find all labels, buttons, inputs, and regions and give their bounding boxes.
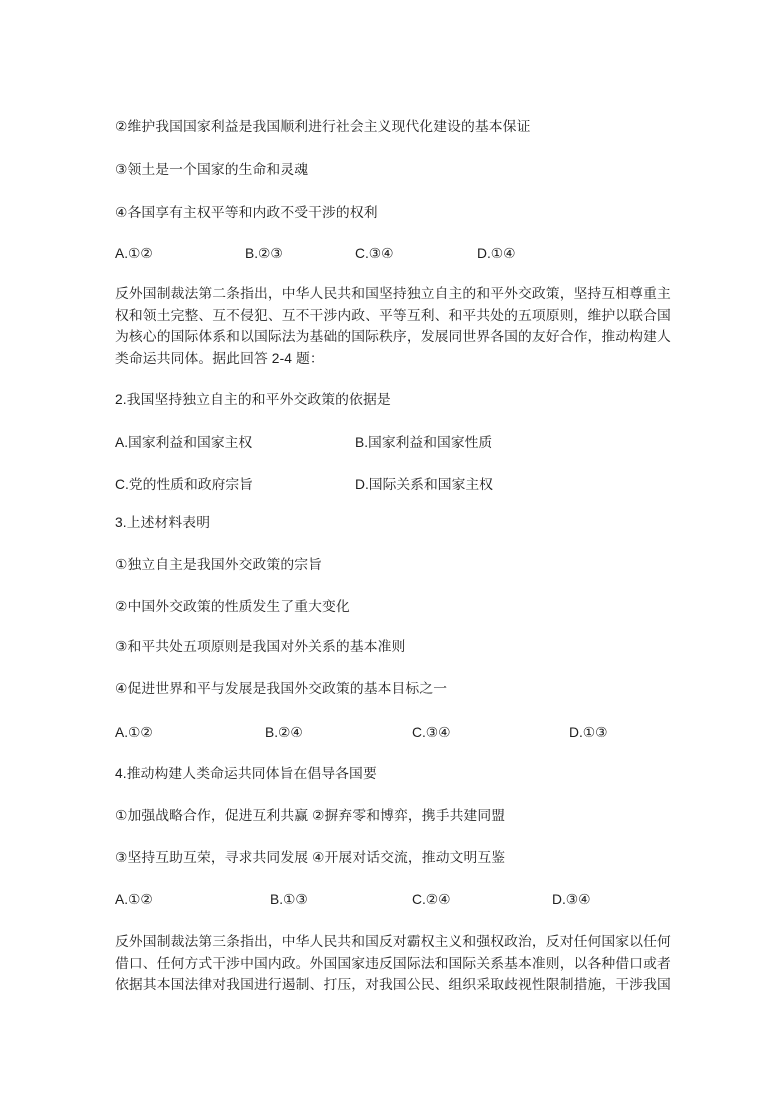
q2-option-c: C.党的性质和政府宗旨 xyxy=(115,474,253,496)
passage-2-line-1: 反外国制裁法第三条指出，中华人民共和国反对霸权主义和强权政治，反对任何国家以任何 xyxy=(115,931,671,953)
passage-2: 反外国制裁法第三条指出，中华人民共和国反对霸权主义和强权政治，反对任何国家以任何… xyxy=(115,931,671,996)
q3-options-row: A.①② B.②④ C.③④ D.①③ xyxy=(115,722,715,744)
q2-options-row-ab: A.国家利益和国家主权 B.国家利益和国家性质 xyxy=(115,432,715,454)
q4-options-row: A.①② B.①③ C.②④ D.③④ xyxy=(115,889,715,911)
q1-option-a: A.①② xyxy=(115,243,153,265)
q4-statement-line-1: ①加强战略合作，促进互利共赢 ②摒弃零和博弈，携手共建同盟 xyxy=(115,805,505,827)
q1-option-d: D.①④ xyxy=(477,243,516,265)
q1-statement-2: ②维护我国国家利益是我国顺利进行社会主义现代化建设的基本保证 xyxy=(115,116,530,138)
q3-option-c: C.③④ xyxy=(412,722,451,744)
q4-stem: 4.推动构建人类命运共同体旨在倡导各国要 xyxy=(115,763,377,785)
q2-stem: 2.我国坚持独立自主的和平外交政策的依据是 xyxy=(115,389,391,411)
q1-options-row: A.①② B.②③ C.③④ D.①④ xyxy=(115,243,715,265)
passage-1-line-3: 为核心的国际体系和以国际法为基础的国际秩序，发展同世界各国的友好合作，推动构建人 xyxy=(115,326,671,348)
q3-option-d: D.①③ xyxy=(569,722,608,744)
document-page: ②维护我国国家利益是我国顺利进行社会主义现代化建设的基本保证 ③领土是一个国家的… xyxy=(0,0,780,1103)
passage-1-line-4: 类命运共同体。据此回答 2-4 题： xyxy=(115,348,671,370)
q3-statement-1: ①独立自主是我国外交政策的宗旨 xyxy=(115,554,322,576)
passage-1-line-1: 反外国制裁法第二条指出，中华人民共和国坚持独立自主的和平外交政策，坚持互相尊重主 xyxy=(115,283,671,305)
q1-option-c: C.③④ xyxy=(355,243,394,265)
q2-option-b: B.国家利益和国家性质 xyxy=(355,432,492,454)
q3-stem: 3.上述材料表明 xyxy=(115,512,210,534)
q1-statement-3: ③领土是一个国家的生命和灵魂 xyxy=(115,159,308,181)
q3-option-a: A.①② xyxy=(115,722,153,744)
q4-option-a: A.①② xyxy=(115,889,153,911)
passage-1-line-2: 权和领土完整、互不侵犯、互不干涉内政、平等互利、和平共处的五项原则，维护以联合国 xyxy=(115,305,671,327)
q2-option-d: D.国际关系和国家主权 xyxy=(355,474,493,496)
q4-option-c: C.②④ xyxy=(412,889,451,911)
q3-statement-4: ④促进世界和平与发展是我国外交政策的基本目标之一 xyxy=(115,678,447,700)
q4-option-b: B.①③ xyxy=(270,889,308,911)
q3-statement-3: ③和平共处五项原则是我国对外关系的基本准则 xyxy=(115,636,405,658)
q4-option-d: D.③④ xyxy=(552,889,591,911)
passage-2-line-2: 借口、任何方式干涉中国内政。外国国家违反国际法和国际关系基本准则，以各种借口或者 xyxy=(115,953,671,975)
q2-option-a: A.国家利益和国家主权 xyxy=(115,432,252,454)
q1-option-b: B.②③ xyxy=(245,243,283,265)
q1-statement-4: ④各国享有主权平等和内政不受干涉的权利 xyxy=(115,202,378,224)
q3-statement-2: ②中国外交政策的性质发生了重大变化 xyxy=(115,596,350,618)
q4-statement-line-2: ③坚持互助互荣，寻求共同发展 ④开展对话交流，推动文明互鉴 xyxy=(115,847,505,869)
passage-1: 反外国制裁法第二条指出，中华人民共和国坚持独立自主的和平外交政策，坚持互相尊重主… xyxy=(115,283,671,369)
q2-options-row-cd: C.党的性质和政府宗旨 D.国际关系和国家主权 xyxy=(115,474,715,496)
q3-option-b: B.②④ xyxy=(265,722,303,744)
passage-2-line-3: 依据其本国法律对我国进行遏制、打压，对我国公民、组织采取歧视性限制措施，干涉我国 xyxy=(115,974,671,996)
